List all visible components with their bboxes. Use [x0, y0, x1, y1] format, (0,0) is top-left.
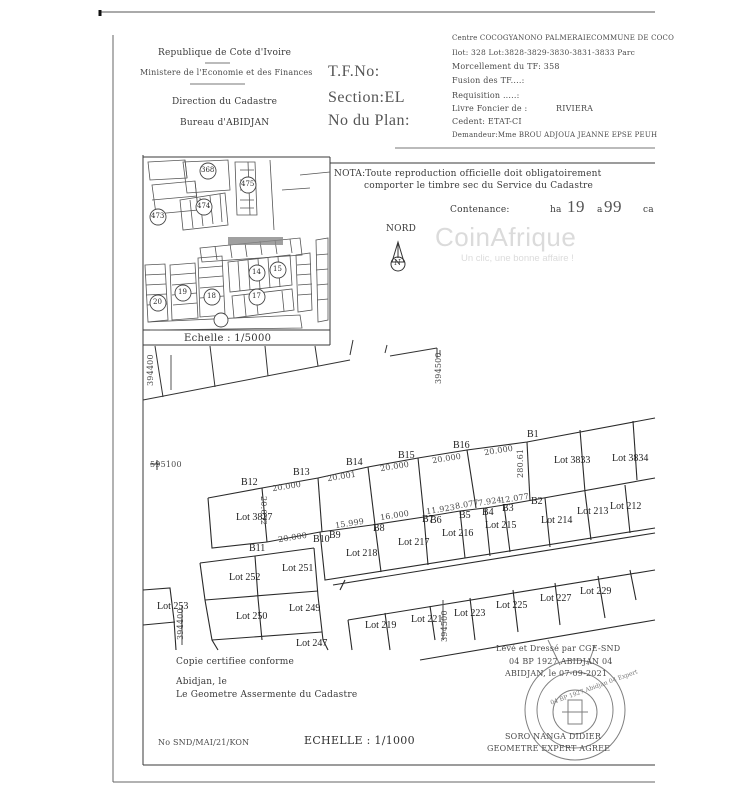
tf-number-label: T.F.No: [328, 63, 380, 81]
boundary-point-label: B11 [249, 543, 265, 554]
date-label: ABIDJAN, le 07-09-2021 [505, 669, 607, 678]
inset-block-label: 15 [273, 265, 282, 273]
contenance-ha-value: 19 [567, 197, 585, 217]
lot-label: Lot 3833 [554, 455, 590, 466]
contenance-a-unit: a [597, 205, 603, 215]
distance-label: 280.61 [516, 449, 525, 478]
lot-label: Lot 253 [157, 601, 188, 612]
reference-number: No SND/MAI/21/KON [158, 738, 249, 747]
inset-block-label: 475 [241, 180, 254, 188]
lot-label: Lot 249 [289, 603, 320, 614]
lot-label: Lot 214 [541, 515, 572, 526]
lot-label: Lot 252 [229, 572, 260, 583]
inset-block-label: 474 [197, 202, 210, 210]
plan-scale-label: ECHELLE : 1/1000 [304, 734, 415, 747]
boundary-point-label: B2 [531, 496, 543, 507]
lot-label: Lot 218 [346, 548, 377, 559]
surveyor-name: SORO NANGA DIDIER [505, 732, 601, 741]
lot-label: Lot 212 [610, 501, 641, 512]
inset-block-label: 14 [252, 268, 261, 276]
lot-label: Lot 229 [580, 586, 611, 597]
morcellement-line: Morcellement du TF: 358 [452, 62, 560, 71]
boundary-point-label: B4 [482, 507, 494, 518]
contenance-label: Contenance: [450, 205, 510, 215]
boundary-point-label: B5 [459, 510, 471, 521]
coordinate-y-label: 595100 [150, 460, 182, 469]
boundary-point-label: B10 [313, 534, 330, 545]
republic-label: Republique de Cote d'Ivoire [158, 48, 291, 58]
inset-block-label: 368 [201, 166, 214, 174]
nota-line-1: NOTA:Toute reproduction officielle doit … [334, 169, 601, 179]
contenance-ca-unit: ca [643, 205, 654, 215]
lot-label: Lot 3827 [236, 512, 272, 523]
plan-number-label: No du Plan: [328, 112, 410, 130]
ministry-label: Ministere de l'Economie et des Finances [140, 68, 313, 77]
boundary-point-label: B14 [346, 457, 363, 468]
boundary-point-label: B8 [373, 523, 385, 534]
inset-block-label: 17 [252, 292, 261, 300]
watermark-tagline: Un clic, une bonne affaire ! [461, 253, 576, 264]
coordinate-x-label: 394400 [146, 354, 155, 386]
demandeur-line: Demandeur:Mme BROU ADJOUA JEANNE EPSE PE… [452, 131, 657, 139]
coordinate-x-label: 394500 [434, 352, 443, 384]
north-arrow-icon: N [394, 258, 401, 267]
inset-block-label: 18 [207, 292, 216, 300]
boundary-point-label: B13 [293, 467, 310, 478]
lot-label: Lot 216 [442, 528, 473, 539]
contenance-ha-unit: ha [550, 205, 562, 215]
geometre-assermente-label: Le Geometre Assermente du Cadastre [176, 690, 357, 700]
north-label: NORD [386, 224, 416, 234]
inset-block-label: 473 [151, 212, 164, 220]
lot-label: Lot 250 [236, 611, 267, 622]
direction-label: Direction du Cadastre [172, 97, 277, 107]
lot-label: Lot 223 [454, 608, 485, 619]
lot-label: Lot 227 [540, 593, 571, 604]
requisition-line: Requisition .....: [452, 91, 520, 100]
centre-line: Centre COCOGYANONO PALMERAIECOMMUNE DE C… [452, 34, 674, 42]
lot-label: Lot 225 [496, 600, 527, 611]
coordinate-x-label: 394400 [176, 608, 185, 640]
ilot-lot-line: Ilot: 328 Lot:3828-3829-3830-3831-3833 P… [452, 48, 635, 57]
bp-address-label: 04 BP 1927 ABIDJAN 04 [509, 657, 613, 666]
lot-label: Lot 3834 [612, 453, 648, 464]
nota-line-2: comporter le timbre sec du Service du Ca… [364, 181, 593, 191]
lot-label: Lot 215 [485, 520, 516, 531]
livre-foncier-label: Livre Foncier de : [452, 104, 527, 113]
coinafrique-watermark: CoinAfrique Un clic, une bonne affaire ! [435, 222, 576, 264]
inset-block-label: 20 [153, 298, 162, 306]
lot-label: Lot 251 [282, 563, 313, 574]
copie-certifiee-label: Copie certifiee conforme [176, 657, 294, 667]
inset-block-label: 19 [178, 288, 187, 296]
lot-label: Lot 213 [577, 506, 608, 517]
lot-label: Lot 217 [398, 537, 429, 548]
lot-label: Lot 247 [296, 638, 327, 649]
section-label: Section:EL [328, 89, 405, 107]
fusion-line: Fusion des TF....: [452, 76, 525, 85]
abidjan-le-label: Abidjan, le [176, 677, 227, 687]
cedent-line: Cedent: ETAT-CI [452, 117, 522, 126]
surveyor-title: GEOMETRE EXPERT AGREE [487, 744, 610, 753]
boundary-point-label: B9 [329, 530, 341, 541]
inset-scale-label: Echelle : 1/5000 [184, 333, 271, 344]
watermark-brand: CoinAfrique [435, 222, 576, 253]
boundary-point-label: B12 [241, 477, 258, 488]
boundary-point-label: B16 [453, 440, 470, 451]
leve-dresse-label: Levé et Dressé par CGE-SND [496, 644, 620, 653]
boundary-point-label: B1 [527, 429, 539, 440]
livre-foncier-value: RIVIERA [556, 104, 593, 113]
lot-label: Lot 219 [365, 620, 396, 631]
contenance-a-value: 99 [604, 197, 622, 217]
bureau-label: Bureau d'ABIDJAN [180, 118, 269, 128]
lot-label: Lot 221 [411, 614, 442, 625]
